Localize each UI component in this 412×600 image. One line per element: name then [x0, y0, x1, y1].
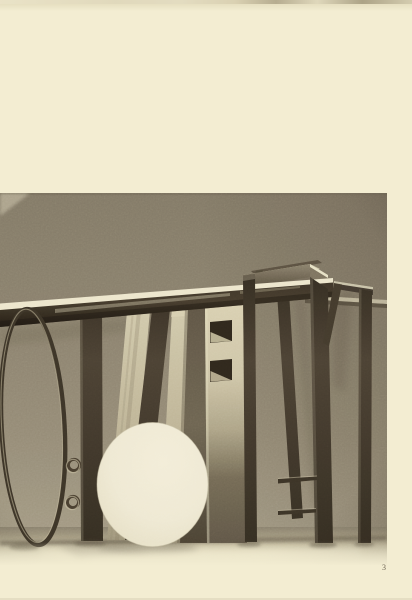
page-number: 3 [379, 563, 389, 572]
film-grain-overlay [0, 193, 387, 565]
photo-bottom-fade [0, 536, 387, 565]
sculpture-photograph [0, 193, 387, 565]
sculpture-photo-art [0, 193, 387, 565]
page-top-edge-fade [0, 4, 412, 11]
book-page: 3 [0, 0, 412, 600]
